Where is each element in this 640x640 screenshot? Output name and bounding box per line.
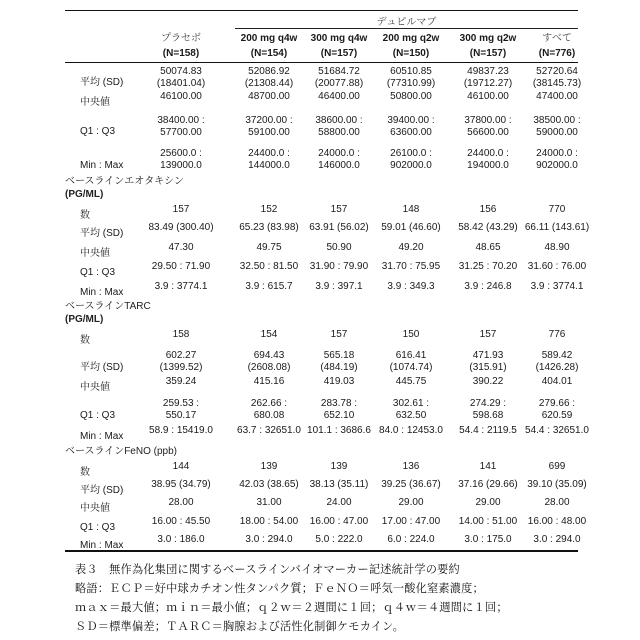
table-cell: 25600.0 : 139000.0 (143, 148, 219, 172)
table-cell: 31.25 : 70.20 (450, 261, 526, 273)
table-cell: 136 (373, 461, 449, 473)
table-cell: 47.30 (143, 242, 219, 254)
row-label: Min : Max (80, 431, 123, 443)
table-cell: 14.00 : 51.00 (450, 516, 526, 528)
table-cell: 419.03 (301, 376, 377, 388)
column-header-300q4w: 300 mg q4w (N=157) (304, 31, 374, 61)
table-cell: 156 (450, 204, 526, 216)
column-name: 200 mg q4w (234, 31, 304, 46)
table-cell: 39.25 (36.67) (373, 479, 449, 491)
table-cell: 29.50 : 71.90 (143, 261, 219, 273)
column-name: 300 mg q4w (304, 31, 374, 46)
table-cell: 58.9 : 15419.0 (143, 425, 219, 437)
table-cell: 152 (231, 204, 307, 216)
column-header-placebo: プラセボ (N=158) (146, 31, 216, 61)
table-cell: 63.7 : 32651.0 (231, 425, 307, 437)
section-title: ベースラインエオタキシン (65, 175, 184, 188)
table-cell: 37200.00 : 59100.00 (231, 115, 307, 139)
table-cell: 50074.83 (18401.04) (143, 66, 219, 90)
table-cell: 32.50 : 81.50 (231, 261, 307, 273)
table-cell: 3.9 : 3774.1 (143, 281, 219, 293)
row-label: 中央値 (80, 382, 110, 394)
table-cell: 259.53 : 550.17 (143, 398, 219, 422)
table-cell: 3.0 : 186.0 (143, 534, 219, 546)
table-cell: 3.9 : 615.7 (231, 281, 307, 293)
table-cell: 38600.00 : 58800.00 (301, 115, 377, 139)
table-cell: 24.00 (301, 497, 377, 509)
column-header-200q2w: 200 mg q2w (N=150) (376, 31, 446, 61)
table-cell: 50800.00 (373, 91, 449, 103)
rule-top (65, 10, 578, 11)
table-cell: 31.00 (231, 497, 307, 509)
table-cell: 54.4 : 2119.5 (450, 425, 526, 437)
column-header-200q4w: 200 mg q4w (N=154) (234, 31, 304, 61)
table-cell: 158 (143, 329, 219, 341)
column-name: 300 mg q2w (453, 31, 523, 46)
table-cell: 63.91 (56.02) (301, 222, 377, 234)
row-label: Q1 : Q3 (80, 410, 115, 422)
table-cell: 31.70 : 75.95 (373, 261, 449, 273)
column-n: (N=150) (376, 46, 446, 61)
row-label: Q1 : Q3 (80, 267, 115, 279)
table-cell: 84.0 : 12453.0 (373, 425, 449, 437)
table-cell: 359.24 (143, 376, 219, 388)
table-cell: 38400.00 : 57700.00 (143, 115, 219, 139)
column-n: (N=154) (234, 46, 304, 61)
table-cell: 37.16 (29.66) (450, 479, 526, 491)
table-cell: 471.93 (315.91) (450, 350, 526, 374)
table-cell: 589.42 (1426.28) (519, 350, 595, 374)
row-label: 数 (80, 335, 90, 347)
table-cell: 49837.23 (19712.27) (450, 66, 526, 90)
column-n: (N=157) (453, 46, 523, 61)
column-n: (N=158) (146, 46, 216, 61)
caption-abbrev-1: 略語：ＥＣＰ＝好中球カチオン性タンパク質；ＦｅＮＯ＝呼気一酸化窒素濃度； (75, 579, 635, 598)
table-cell: 49.75 (231, 242, 307, 254)
table-cell: 28.00 (519, 497, 595, 509)
table-cell: 5.0 : 222.0 (301, 534, 377, 546)
table-cell: 60510.85 (77310.99) (373, 66, 449, 90)
table-cell: 148 (373, 204, 449, 216)
table-cell: 46100.00 (143, 91, 219, 103)
table-cell: 139 (231, 461, 307, 473)
table-cell: 29.00 (373, 497, 449, 509)
table-cell: 18.00 : 54.00 (231, 516, 307, 528)
table-cell: 274.29 : 598.68 (450, 398, 526, 422)
table-cell: 445.75 (373, 376, 449, 388)
column-header-300q2w: 300 mg q2w (N=157) (453, 31, 523, 61)
table-cell: 58.42 (43.29) (450, 222, 526, 234)
table-cell: 157 (301, 329, 377, 341)
table-cell: 24400.0 : 144000.0 (231, 148, 307, 172)
table-cell: 46100.00 (450, 91, 526, 103)
table-cell: 54.4 : 32651.0 (519, 425, 595, 437)
table-cell: 48.90 (519, 242, 595, 254)
table-cell: 24000.0 : 146000.0 (301, 148, 377, 172)
table-cell: 38.95 (34.79) (143, 479, 219, 491)
table-cell: 3.9 : 397.1 (301, 281, 377, 293)
table-cell: 83.49 (300.40) (143, 222, 219, 234)
table-cell: 52720.64 (38145.73) (519, 66, 595, 90)
table-cell: 51684.72 (20077.88) (301, 66, 377, 90)
rule-header (65, 62, 578, 63)
section-unit: (PG/ML) (65, 313, 151, 326)
table-cell: 48.65 (450, 242, 526, 254)
column-n: (N=776) (522, 46, 592, 61)
table-cell: 157 (450, 329, 526, 341)
table-cell: 279.66 : 620.59 (519, 398, 595, 422)
column-header-all: すべて (N=776) (522, 31, 592, 61)
column-n: (N=157) (304, 46, 374, 61)
table-cell: 16.00 : 47.00 (301, 516, 377, 528)
table-cell: 139 (301, 461, 377, 473)
caption-abbrev-3: ＳＤ＝標準偏差；ＴＡＲＣ＝胸腺および活性化制御ケモカイン。 (75, 617, 635, 636)
table-cell: 101.1 : 3686.6 (301, 425, 377, 437)
row-label: 中央値 (80, 248, 110, 260)
table-cell: 16.00 : 48.00 (519, 516, 595, 528)
row-label: 数 (80, 467, 90, 479)
table-cell: 47400.00 (519, 91, 595, 103)
section-unit: (PG/ML) (65, 188, 184, 201)
table-cell: 157 (301, 204, 377, 216)
table-cell: 3.0 : 294.0 (231, 534, 307, 546)
table-cell: 157 (143, 204, 219, 216)
caption-abbrev-2: ｍａｘ＝最大値；ｍｉｎ＝最小値；ｑ２ｗ＝２週間に１回；ｑ４ｗ＝４週間に１回； (75, 598, 635, 617)
table-cell: 616.41 (1074.74) (373, 350, 449, 374)
table-cell: 154 (231, 329, 307, 341)
table-cell: 52086.92 (21308.44) (231, 66, 307, 90)
table-cell: 26100.0 : 902000.0 (373, 148, 449, 172)
table-cell: 302.61 : 632.50 (373, 398, 449, 422)
row-label: Q1 : Q3 (80, 126, 115, 138)
table-cell: 602.27 (1399.52) (143, 350, 219, 374)
table-cell: 699 (519, 461, 595, 473)
table-cell: 38500.00 : 59000.00 (519, 115, 595, 139)
table-cell: 150 (373, 329, 449, 341)
section-header: ベースラインエオタキシン(PG/ML) (65, 175, 184, 201)
column-name: 200 mg q2w (376, 31, 446, 46)
table-cell: 38.13 (35.11) (301, 479, 377, 491)
table-cell: 770 (519, 204, 595, 216)
table-cell: 3.0 : 294.0 (519, 534, 595, 546)
table-cell: 776 (519, 329, 595, 341)
section-title: ベースラインFeNO (ppb) (65, 445, 177, 458)
table-cell: 3.9 : 3774.1 (519, 281, 595, 293)
section-title: ベースラインTARC (65, 300, 151, 313)
section-header: ベースラインTARC(PG/ML) (65, 300, 151, 326)
table-cell: 24400.0 : 194000.0 (450, 148, 526, 172)
table-cell: 141 (450, 461, 526, 473)
row-label: 中央値 (80, 97, 110, 109)
row-label: 平均 (SD) (80, 77, 123, 89)
table-cell: 3.9 : 246.8 (450, 281, 526, 293)
section-header: ベースラインFeNO (ppb) (65, 445, 177, 458)
table-cell: 37800.00 : 56600.00 (450, 115, 526, 139)
table-cell: 694.43 (2608.08) (231, 350, 307, 374)
table-cell: 39400.00 : 63600.00 (373, 115, 449, 139)
table-cell: 144 (143, 461, 219, 473)
table-cell: 17.00 : 47.00 (373, 516, 449, 528)
table-cell: 50.90 (301, 242, 377, 254)
row-label: 数 (80, 210, 90, 222)
table-cell: 6.0 : 224.0 (373, 534, 449, 546)
table-cell: 16.00 : 45.50 (143, 516, 219, 528)
table-cell: 31.90 : 79.90 (301, 261, 377, 273)
row-label: Min : Max (80, 287, 123, 299)
column-name: プラセボ (146, 31, 216, 46)
table-cell: 48700.00 (231, 91, 307, 103)
rule-drug-group (235, 28, 578, 29)
row-label: Min : Max (80, 160, 123, 172)
column-name: すべて (522, 31, 592, 46)
table-cell: 49.20 (373, 242, 449, 254)
table-caption: 表３ 無作為化集団に関するベースラインバイオマーカー記述統計学の要約 略語：ＥＣ… (75, 560, 635, 636)
row-label: Q1 : Q3 (80, 522, 115, 534)
table-cell: 565.18 (484.19) (301, 350, 377, 374)
table-cell: 3.9 : 349.3 (373, 281, 449, 293)
table-cell: 404.01 (519, 376, 595, 388)
table-cell: 3.0 : 175.0 (450, 534, 526, 546)
table-cell: 28.00 (143, 497, 219, 509)
table-cell: 390.22 (450, 376, 526, 388)
table-cell: 31.60 : 76.00 (519, 261, 595, 273)
row-label: 中央値 (80, 503, 110, 515)
row-label: 平均 (SD) (80, 485, 123, 497)
rule-bottom (65, 550, 578, 552)
table-cell: 39.10 (35.09) (519, 479, 595, 491)
caption-title: 表３ 無作為化集団に関するベースラインバイオマーカー記述統計学の要約 (75, 560, 635, 579)
table-cell: 29.00 (450, 497, 526, 509)
table-cell: 59.01 (46.60) (373, 222, 449, 234)
table-cell: 46400.00 (301, 91, 377, 103)
drug-group-label: デュピルマブ (235, 13, 578, 28)
table-cell: 24000.0 : 902000.0 (519, 148, 595, 172)
table-cell: 66.11 (143.61) (519, 222, 595, 234)
table-cell: 65.23 (83.98) (231, 222, 307, 234)
row-label: 平均 (SD) (80, 228, 123, 240)
table-cell: 42.03 (38.65) (231, 479, 307, 491)
table-cell: 415.16 (231, 376, 307, 388)
table-cell: 262.66 : 680.08 (231, 398, 307, 422)
table-cell: 283.78 : 652.10 (301, 398, 377, 422)
row-label: 平均 (SD) (80, 362, 123, 374)
